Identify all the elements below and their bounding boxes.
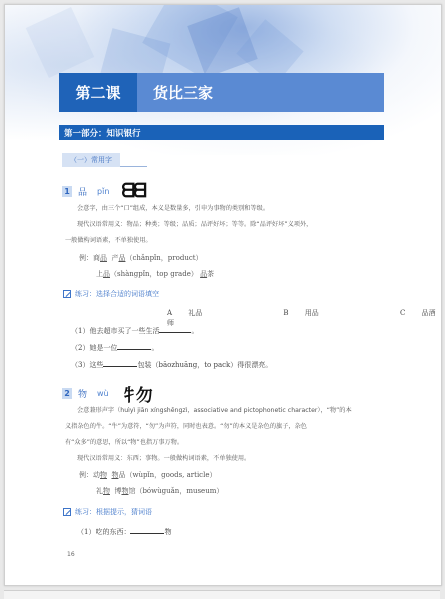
example-line: 例：动物 物品（wùpǐn，goods, article）: [79, 470, 217, 480]
lesson-number: 第二课: [59, 73, 137, 112]
lesson-banner: 第二课 货比三家: [59, 73, 384, 112]
example-line: 上品（shàngpǐn，top grade） 品茶: [96, 269, 214, 279]
ancient-script-glyph: ᗺᗺ: [121, 180, 144, 202]
number-badge: 2: [62, 388, 72, 399]
option-a: A 礼品: [167, 309, 202, 317]
paragraph: 会意字，由三个“口”组成，本义是数量多，引申为事物的类别和等级。: [77, 203, 269, 216]
character-pinyin: wù: [97, 389, 109, 398]
next-page-edge: [4, 590, 440, 599]
page-number: 16: [67, 551, 75, 558]
part-heading: 第一部分：知识银行: [59, 125, 384, 140]
exercise-title: 练习：根据提示，猜词语: [75, 507, 152, 517]
option-b: B 用品: [283, 309, 318, 317]
section-label: （一）常用字: [62, 153, 120, 167]
question-2: （2）她是一位。: [71, 342, 158, 353]
example-line: 礼物 博物馆（bówùguǎn，museum）: [96, 486, 223, 496]
question-1: （1）他去超市买了一些生活。: [71, 325, 198, 336]
option-row: A 礼品 B 用品 C 品酒师: [167, 308, 441, 328]
exercise-heading-1: 练习：选择合适的词语填空: [63, 289, 159, 299]
section-tab: （一）常用字: [62, 153, 147, 167]
pencil-icon: [63, 508, 71, 516]
character-heading-2: 2 物 wù 牜勿: [62, 381, 151, 406]
pencil-icon: [63, 290, 71, 298]
character-heading-1: 1 品 pǐn ᗺᗺ: [62, 180, 145, 202]
document-page: 第二课 货比三家 第一部分：知识银行 （一）常用字 1 品 pǐn ᗺᗺ 会意字…: [4, 4, 442, 586]
paragraph: 现代汉语常用义：物品；种类；等级；品质；品评好坏；等等。除“品评好坏”义项外，: [77, 219, 312, 232]
question-3: （3）这些包装（bāozhuāng，to pack）得很漂亮。: [71, 359, 272, 370]
number-badge: 1: [62, 186, 72, 197]
paragraph: 会意兼形声字（huìyì jiān xíngshēngzì，associativ…: [77, 405, 352, 418]
character-hanzi: 品: [78, 185, 87, 198]
lesson-title: 货比三家: [137, 73, 384, 112]
answer-blank[interactable]: [130, 526, 164, 534]
paragraph: 义指杂色的牛。“牛”为意符，“勿”为声符，同时也表意。“勿”的本义是杂色的旗子，…: [65, 421, 307, 434]
exercise-heading-2: 练习：根据提示，猜词语: [63, 507, 152, 517]
paragraph: 有“众多”的意思，所以“物”也指万事万物。: [65, 437, 183, 450]
answer-blank[interactable]: [117, 342, 151, 350]
example-line: 例：商品 产品（chǎnpǐn，product）: [79, 253, 203, 263]
question-1: （1）吃的东西：物: [77, 526, 171, 537]
paragraph: 一般做构词语素，不单独使用。: [65, 235, 152, 248]
ancient-script-glyph: 牜勿: [121, 381, 151, 406]
character-pinyin: pǐn: [97, 187, 109, 196]
character-hanzi: 物: [78, 387, 87, 400]
exercise-title: 练习：选择合适的词语填空: [75, 289, 159, 299]
answer-blank[interactable]: [103, 359, 137, 367]
paragraph: 现代汉语常用义：东西；事物。一般做构词语素，不单独使用。: [77, 453, 250, 466]
answer-blank[interactable]: [159, 325, 191, 333]
